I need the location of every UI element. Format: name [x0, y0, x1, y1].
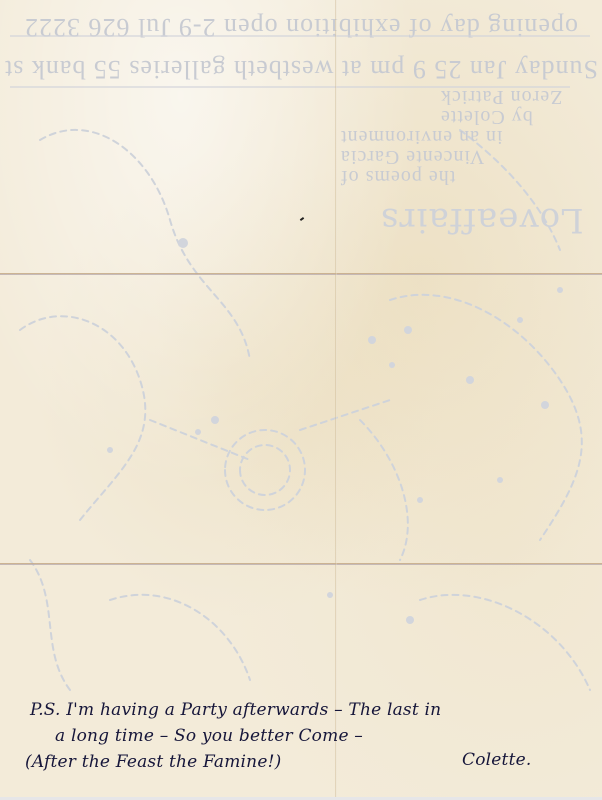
- showthrough-venue-line: Sunday Jan 25 9 pm at westbeth galleries…: [0, 54, 602, 84]
- fold-crease-lower: [0, 563, 602, 565]
- showthrough-credit: by Colette: [440, 106, 533, 128]
- letter-page: opening day of exhibition open 2-9 Jul 6…: [0, 0, 602, 797]
- showthrough-credit: Vincente Garcia: [340, 146, 484, 168]
- showthrough-credit: the poems of: [340, 166, 455, 188]
- handwritten-signature: Colette.: [462, 750, 531, 770]
- handwritten-ps-line2: a long time – So you better Come –: [55, 726, 363, 746]
- showthrough-divider: [10, 35, 590, 37]
- showthrough-credit: Zeron Patrick: [440, 86, 562, 108]
- fold-crease-upper: [0, 273, 602, 275]
- showthrough-title: Loveaffairs: [380, 200, 584, 240]
- handwritten-ps-line3: (After the Feast the Famine!): [25, 752, 281, 772]
- showthrough-exhibition-line: opening day of exhibition open 2-9 Jul 6…: [0, 12, 602, 42]
- showthrough-credit: in an environment: [340, 126, 503, 148]
- fold-crease-vertical: [335, 0, 337, 797]
- handwritten-ps-line1: P.S. I'm having a Party afterwards – The…: [30, 700, 441, 720]
